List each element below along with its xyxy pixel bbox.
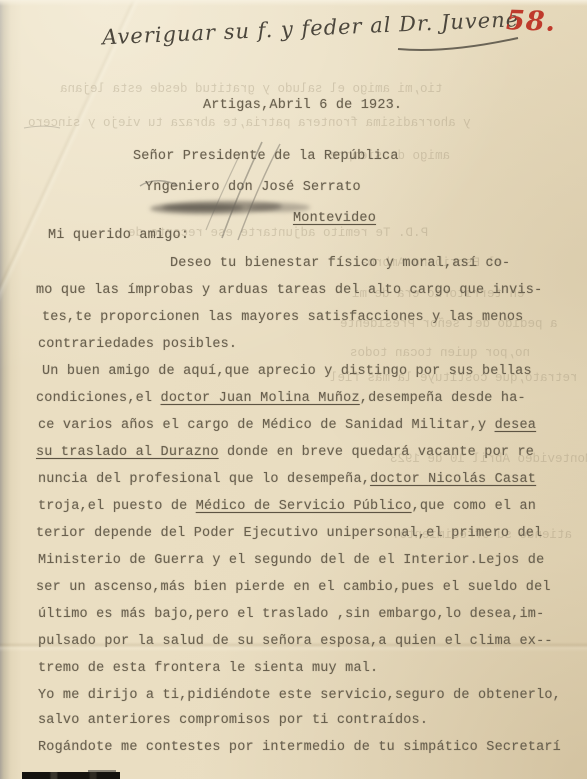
letter-line: salvo anteriores compromisos por ti cont… [38,713,428,729]
scanned-letter-page: { "annotations": { "page_number": "58.",… [0,0,587,779]
letter-line: Ministerio de Guerra y el segundo del de… [38,553,544,569]
date-line: Artigas,Abril 6 de 1923. [203,98,402,114]
scan-edge-strip [22,772,120,779]
recipient-name: Yngeniero don José Serrato [145,180,361,196]
bleedthrough-text: y ahorradísima frontera patria,te abraza… [28,116,471,130]
letter-line: Rogándote me contestes por intermedio de… [38,740,561,756]
bleedthrough-text: tio,mi amigo el saludo y gratitud desde … [60,82,443,96]
letter-line: su traslado al Durazno donde en breve qu… [36,445,534,461]
letter-line: último es más bajo,pero el traslado ,sin… [38,607,544,623]
recipient-city: Montevideo [293,211,376,227]
letter-line: nuncia del profesional que lo desempeña,… [38,472,536,488]
letter-line: terior depende del Poder Ejecutivo unipe… [36,526,542,542]
letter-line: tes,te proporcionen las mayores satisfac… [42,310,523,326]
recipient-title: Señor Presidente de la República [133,149,399,165]
pencil-smudge [248,203,310,212]
pencil-smudge [162,204,244,211]
letter-line: Deseo tu bienestar físico y moral,así co… [170,256,510,272]
letter-line: ser un ascenso,más bien pierde en el cam… [36,580,551,596]
letter-line: contrariedades posibles. [38,337,237,353]
salutation: Mi querido amigo: [48,228,189,244]
letter-line: tremo de esta frontera le sienta muy mal… [38,661,378,677]
letter-line: ce varios años el cargo de Médico de San… [38,418,536,434]
letter-line: troja,el puesto de Médico de Servicio Pú… [38,499,536,515]
letter-line: condiciones,el doctor Juan Molina Muñoz,… [36,391,526,407]
bleedthrough-text: no,por quien tocan todos [350,346,530,360]
letter-line: Yo me dirijo a ti,pidiéndote este servic… [38,688,561,704]
scan-edge-dash [88,770,116,772]
letter-line: mo que las ímprobas y arduas tareas del … [36,283,542,299]
letter-line: Un buen amigo de aquí,que aprecio y dist… [42,364,532,380]
letter-line: pulsado por la salud de su señora esposa… [38,634,553,650]
page-number: 58. [505,5,556,38]
